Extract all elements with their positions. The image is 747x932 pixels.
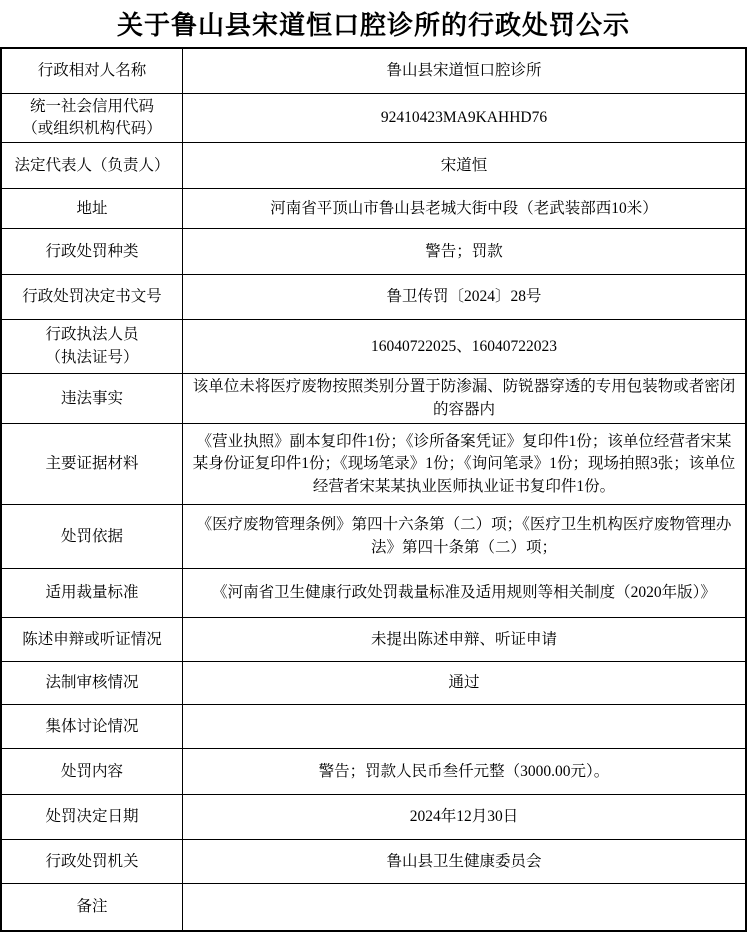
row-value: 《营业执照》副本复印件1份；《诊所备案凭证》复印件1份；该单位经营者宋某某身份证…: [183, 424, 747, 505]
table-row: 行政相对人名称 鲁山县宋道恒口腔诊所: [1, 48, 746, 93]
row-label: 地址: [1, 189, 183, 229]
row-label: 行政相对人名称: [1, 48, 183, 93]
table-row: 地址 河南省平顶山市鲁山县老城大街中段（老武装部西10米）: [1, 189, 746, 229]
row-label: 备注: [1, 884, 183, 931]
table-row: 行政处罚决定书文号 鲁卫传罚〔2024〕28号: [1, 275, 746, 320]
row-value: 警告；罚款: [183, 229, 747, 275]
table-row: 违法事实 该单位未将医疗废物按照类别分置于防渗漏、防锐器穿透的专用包装物或者密闭…: [1, 374, 746, 424]
row-value: 《医疗废物管理条例》第四十六条第（二）项；《医疗卫生机构医疗废物管理办法》第四十…: [183, 505, 747, 569]
row-value: 16040722025、16040722023: [183, 320, 747, 374]
table-row: 处罚内容 警告；罚款人民币叁仟元整（3000.00元）。: [1, 749, 746, 795]
table-row: 行政处罚机关 鲁山县卫生健康委员会: [1, 840, 746, 884]
row-label: 行政处罚种类: [1, 229, 183, 275]
row-value: 宋道恒: [183, 143, 747, 189]
row-value: 2024年12月30日: [183, 795, 747, 840]
table-row: 处罚决定日期 2024年12月30日: [1, 795, 746, 840]
row-label: 集体讨论情况: [1, 705, 183, 749]
row-label: 行政执法人员 （执法证号）: [1, 320, 183, 374]
table-row: 处罚依据 《医疗废物管理条例》第四十六条第（二）项；《医疗卫生机构医疗废物管理办…: [1, 505, 746, 569]
row-value: 鲁山县宋道恒口腔诊所: [183, 48, 747, 93]
row-label: 行政处罚决定书文号: [1, 275, 183, 320]
row-value: 警告；罚款人民币叁仟元整（3000.00元）。: [183, 749, 747, 795]
row-label: 法定代表人（负责人）: [1, 143, 183, 189]
table-row: 统一社会信用代码 （或组织机构代码） 92410423MA9KAHHD76: [1, 93, 746, 143]
row-label: 处罚内容: [1, 749, 183, 795]
row-value: 鲁山县卫生健康委员会: [183, 840, 747, 884]
row-value: 河南省平顶山市鲁山县老城大街中段（老武装部西10米）: [183, 189, 747, 229]
table-row: 法制审核情况 通过: [1, 662, 746, 705]
row-value: 92410423MA9KAHHD76: [183, 93, 747, 143]
row-value: [183, 884, 747, 931]
table-row: 适用裁量标准 《河南省卫生健康行政处罚裁量标准及适用规则等相关制度（2020年版…: [1, 569, 746, 618]
table-row: 行政执法人员 （执法证号） 16040722025、16040722023: [1, 320, 746, 374]
table-row: 法定代表人（负责人） 宋道恒: [1, 143, 746, 189]
row-label: 主要证据材料: [1, 424, 183, 505]
row-value: 鲁卫传罚〔2024〕28号: [183, 275, 747, 320]
row-label: 陈述申辩或听证情况: [1, 618, 183, 662]
row-value: [183, 705, 747, 749]
penalty-table-body: 行政相对人名称 鲁山县宋道恒口腔诊所 统一社会信用代码 （或组织机构代码） 92…: [1, 48, 746, 931]
row-value: 通过: [183, 662, 747, 705]
row-label: 处罚决定日期: [1, 795, 183, 840]
row-value: 未提出陈述申辩、听证申请: [183, 618, 747, 662]
row-label: 法制审核情况: [1, 662, 183, 705]
table-row: 陈述申辩或听证情况 未提出陈述申辩、听证申请: [1, 618, 746, 662]
page-title: 关于鲁山县宋道恒口腔诊所的行政处罚公示: [0, 0, 747, 47]
row-value: 《河南省卫生健康行政处罚裁量标准及适用规则等相关制度（2020年版）》: [183, 569, 747, 618]
row-label: 适用裁量标准: [1, 569, 183, 618]
table-row: 主要证据材料 《营业执照》副本复印件1份；《诊所备案凭证》复印件1份；该单位经营…: [1, 424, 746, 505]
table-row: 备注: [1, 884, 746, 931]
table-row: 行政处罚种类 警告；罚款: [1, 229, 746, 275]
penalty-table: 行政相对人名称 鲁山县宋道恒口腔诊所 统一社会信用代码 （或组织机构代码） 92…: [0, 47, 747, 932]
penalty-notice-document: 关于鲁山县宋道恒口腔诊所的行政处罚公示 行政相对人名称 鲁山县宋道恒口腔诊所 统…: [0, 0, 747, 932]
row-label: 处罚依据: [1, 505, 183, 569]
row-label: 统一社会信用代码 （或组织机构代码）: [1, 93, 183, 143]
row-label: 违法事实: [1, 374, 183, 424]
table-row: 集体讨论情况: [1, 705, 746, 749]
row-value: 该单位未将医疗废物按照类别分置于防渗漏、防锐器穿透的专用包装物或者密闭的容器内: [183, 374, 747, 424]
row-label: 行政处罚机关: [1, 840, 183, 884]
